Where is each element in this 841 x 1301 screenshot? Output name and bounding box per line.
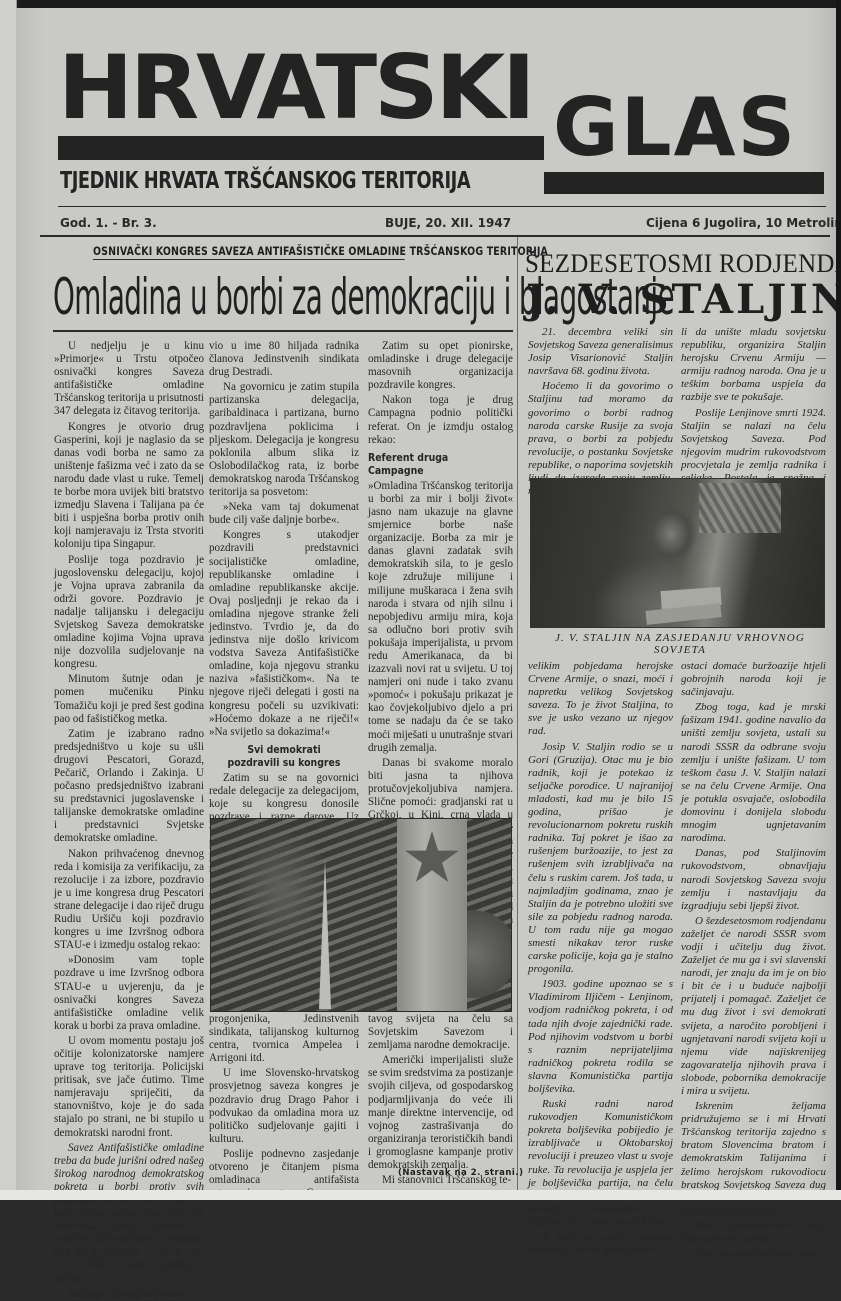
stalin-kicker: ŠEZDESETOSMI RODJENDAN	[525, 249, 818, 279]
paragraph: Na govornicu je zatim stupila partizansk…	[209, 381, 359, 499]
stalin-column-2-top: li da unište mladu sovjetsku republiku, …	[681, 326, 826, 498]
article-kicker: OSNIVAČKI KONGRES SAVEZA ANTIFAŠISTIČKE …	[93, 244, 405, 260]
paragraph: li da unište mladu sovjetsku republiku, …	[681, 326, 826, 405]
paragraph: »Neka vam taj dokumenat bude cilj vaše d…	[209, 501, 359, 527]
subheading: Svi demokrati pozdravili su kongres	[220, 743, 348, 769]
divider	[53, 330, 513, 332]
page-top-edge	[0, 0, 841, 8]
paragraph: O šezdesetosmom rodjendanu zaželjet će n…	[681, 915, 826, 1098]
paragraph: 21. decembra veliki sin Sovjetskog Savez…	[528, 326, 673, 378]
masthead-bar	[544, 172, 824, 194]
paragraph: U ovom momentu postaju još očitije kolon…	[54, 1035, 204, 1140]
divider	[58, 206, 826, 207]
page-bottom-edge	[0, 1190, 841, 1200]
paragraph: progonjenika, Jedinstvenih sindikata, ta…	[209, 1013, 359, 1065]
paragraph: U ime Slovensko-hrvatskog prosvjetnog sa…	[209, 1067, 359, 1146]
paragraph: Poslije toga pozdravio je jugoslovensku …	[54, 554, 204, 672]
paragraph: Minutom šutnje odan je pomen mučeniku Pi…	[54, 673, 204, 725]
paragraph: Nakon toga je drug Campagna podnio polit…	[368, 394, 513, 446]
paragraph: »Donosim vam tople pozdrave u ime Izvršn…	[54, 954, 204, 1033]
masthead-subtitle: TJEDNIK HRVATA TRŠĆANSKOG TERITORIJA	[60, 168, 470, 194]
page-right-edge	[836, 0, 841, 1200]
paragraph: Kongres je otvorio drug Gasperini, koji …	[54, 421, 204, 552]
article-column-2-bottom: progonjenika, Jedinstvenih sindikata, ta…	[209, 1013, 359, 1200]
masthead-bar	[58, 136, 544, 160]
paragraph: 1903. godine upoznao se s Vladimirom Ilj…	[528, 978, 673, 1096]
photo-curtain	[699, 483, 781, 533]
masthead-title: HRVATSKI	[58, 44, 532, 132]
article-column-3-bottom: tavog svijeta na čelu sa Sovjetskim Save…	[368, 1013, 513, 1187]
paragraph: velikim pobjedama herojske Crvene Armije…	[528, 660, 673, 739]
paragraph: Američki imperijalisti služe se svim sre…	[368, 1054, 513, 1172]
page-left-margin	[0, 0, 17, 1200]
paragraph: ostaci domaće buržoazije htjeli gobrojni…	[681, 660, 826, 699]
paragraph: Zbog toga, kad je mrski fašizam 1941. go…	[681, 701, 826, 845]
divider	[40, 235, 830, 237]
paragraph: tavog svijeta na čelu sa Sovjetskim Save…	[368, 1013, 513, 1052]
paragraph: vio u ime 80 hiljada radnika članova Jed…	[209, 340, 359, 379]
paragraph: Kongres s utakodjer pozdravili predstavn…	[209, 529, 359, 739]
continued-note: (Nastavak na 2. strani.)	[398, 1168, 523, 1178]
stalin-column-1-bottom: velikim pobjedama herojske Crvene Armije…	[528, 660, 673, 1200]
paragraph: Zatim su opet pionirske, omladinske i dr…	[368, 340, 513, 392]
paragraph: Ruski radni narod rukovodjen Komunističk…	[528, 1098, 673, 1200]
paragraph: U nedjelju je u kinu »Primorje« u Trstu …	[54, 340, 204, 419]
masthead-title-glas: GLAS	[553, 88, 797, 168]
congress-poster-image	[210, 818, 512, 1012]
paragraph: Nakon prihvaćenog dnevnog reda i komisij…	[54, 848, 204, 953]
place-date: BUJE, 20. XII. 1947	[385, 216, 511, 230]
column-divider	[517, 237, 518, 1192]
stalin-photo	[530, 478, 825, 628]
issue-number: God. 1. - Br. 3.	[60, 216, 157, 230]
poster-lily	[319, 859, 331, 1009]
stalin-headline: J. V. STALJINA	[526, 278, 841, 322]
paragraph: Iskrenim željama pridružujemo se i mi Hr…	[681, 1100, 826, 1200]
paragraph: »Omladina Tršćanskog teritorija u borbi …	[368, 480, 513, 755]
stalin-column-2-bottom: ostaci domaće buržoazije htjeli gobrojni…	[681, 660, 826, 1200]
article-column-1: U nedjelju je u kinu »Primorje« u Trstu …	[54, 340, 204, 1200]
photo-document	[645, 603, 721, 625]
paragraph: Danas, pod Staljinovim rukovodstvom, obn…	[681, 847, 826, 912]
photo-caption: J. V. STALJIN NA ZASJEDANJU VRHOVNOG SOV…	[540, 632, 820, 656]
stalin-column-1-top: 21. decembra veliki sin Sovjetskog Savez…	[528, 326, 673, 498]
price: Cijena 6 Jugolira, 10 Metrolira	[646, 216, 841, 230]
subheading: Referent druga Campagne	[368, 451, 491, 477]
paragraph: Zatim je izabrano radno predsjedništvo u…	[54, 728, 204, 846]
paragraph: Josip V. Staljin rodio se u Gori (Gruzij…	[528, 741, 673, 977]
